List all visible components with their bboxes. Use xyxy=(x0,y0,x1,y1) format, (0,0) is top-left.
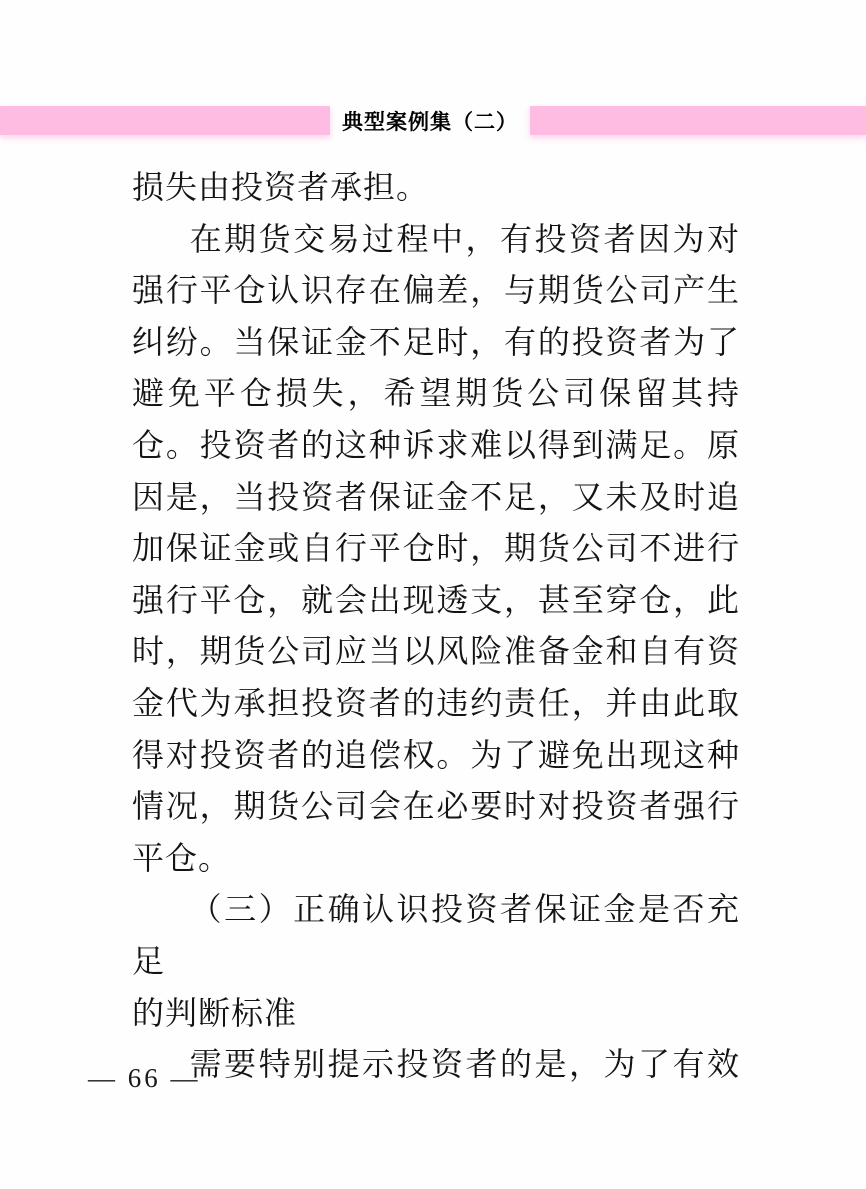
text-line: 平仓。 xyxy=(132,833,740,885)
text-line: 强行平仓，就会出现透支，甚至穿仓，此 xyxy=(132,575,740,627)
text-line: 损失由投资者承担。 xyxy=(132,162,740,214)
text-line: 避免平仓损失，希望期货公司保留其持 xyxy=(132,368,740,420)
text-line: 加保证金或自行平仓时，期货公司不进行 xyxy=(132,523,740,575)
text-line: 得对投资者的追偿权。为了避免出现这种 xyxy=(132,730,740,782)
text-line: 纠纷。当保证金不足时，有的投资者为了 xyxy=(132,317,740,369)
text-line: 情况，期货公司会在必要时对投资者强行 xyxy=(132,781,740,833)
page-header: 典型案例集（二） xyxy=(0,106,866,135)
text-line: 因是，当投资者保证金不足，又未及时追 xyxy=(132,472,740,524)
text-line: 时，期货公司应当以风险准备金和自有资 xyxy=(132,626,740,678)
text-line: 在期货交易过程中，有投资者因为对 xyxy=(132,214,740,266)
page-number: — 66 — xyxy=(88,1063,201,1094)
text-line: 仓。投资者的这种诉求难以得到满足。原 xyxy=(132,420,740,472)
header-rule-left xyxy=(0,106,330,135)
text-line: （三）正确认识投资者保证金是否充足 xyxy=(132,884,740,987)
book-page: 典型案例集（二） 损失由投资者承担。在期货交易过程中，有投资者因为对强行平仓认识… xyxy=(0,0,866,1189)
text-line: 强行平仓认识存在偏差，与期货公司产生 xyxy=(132,265,740,317)
text-line: 的判断标准 xyxy=(132,988,740,1040)
text-line: 金代为承担投资者的违约责任，并由此取 xyxy=(132,678,740,730)
header-rule-right xyxy=(530,106,866,135)
running-head-title: 典型案例集（二） xyxy=(330,106,530,136)
page-body: 损失由投资者承担。在期货交易过程中，有投资者因为对强行平仓认识存在偏差，与期货公… xyxy=(132,162,740,1091)
text-line: 需要特别提示投资者的是，为了有效 xyxy=(132,1039,740,1091)
